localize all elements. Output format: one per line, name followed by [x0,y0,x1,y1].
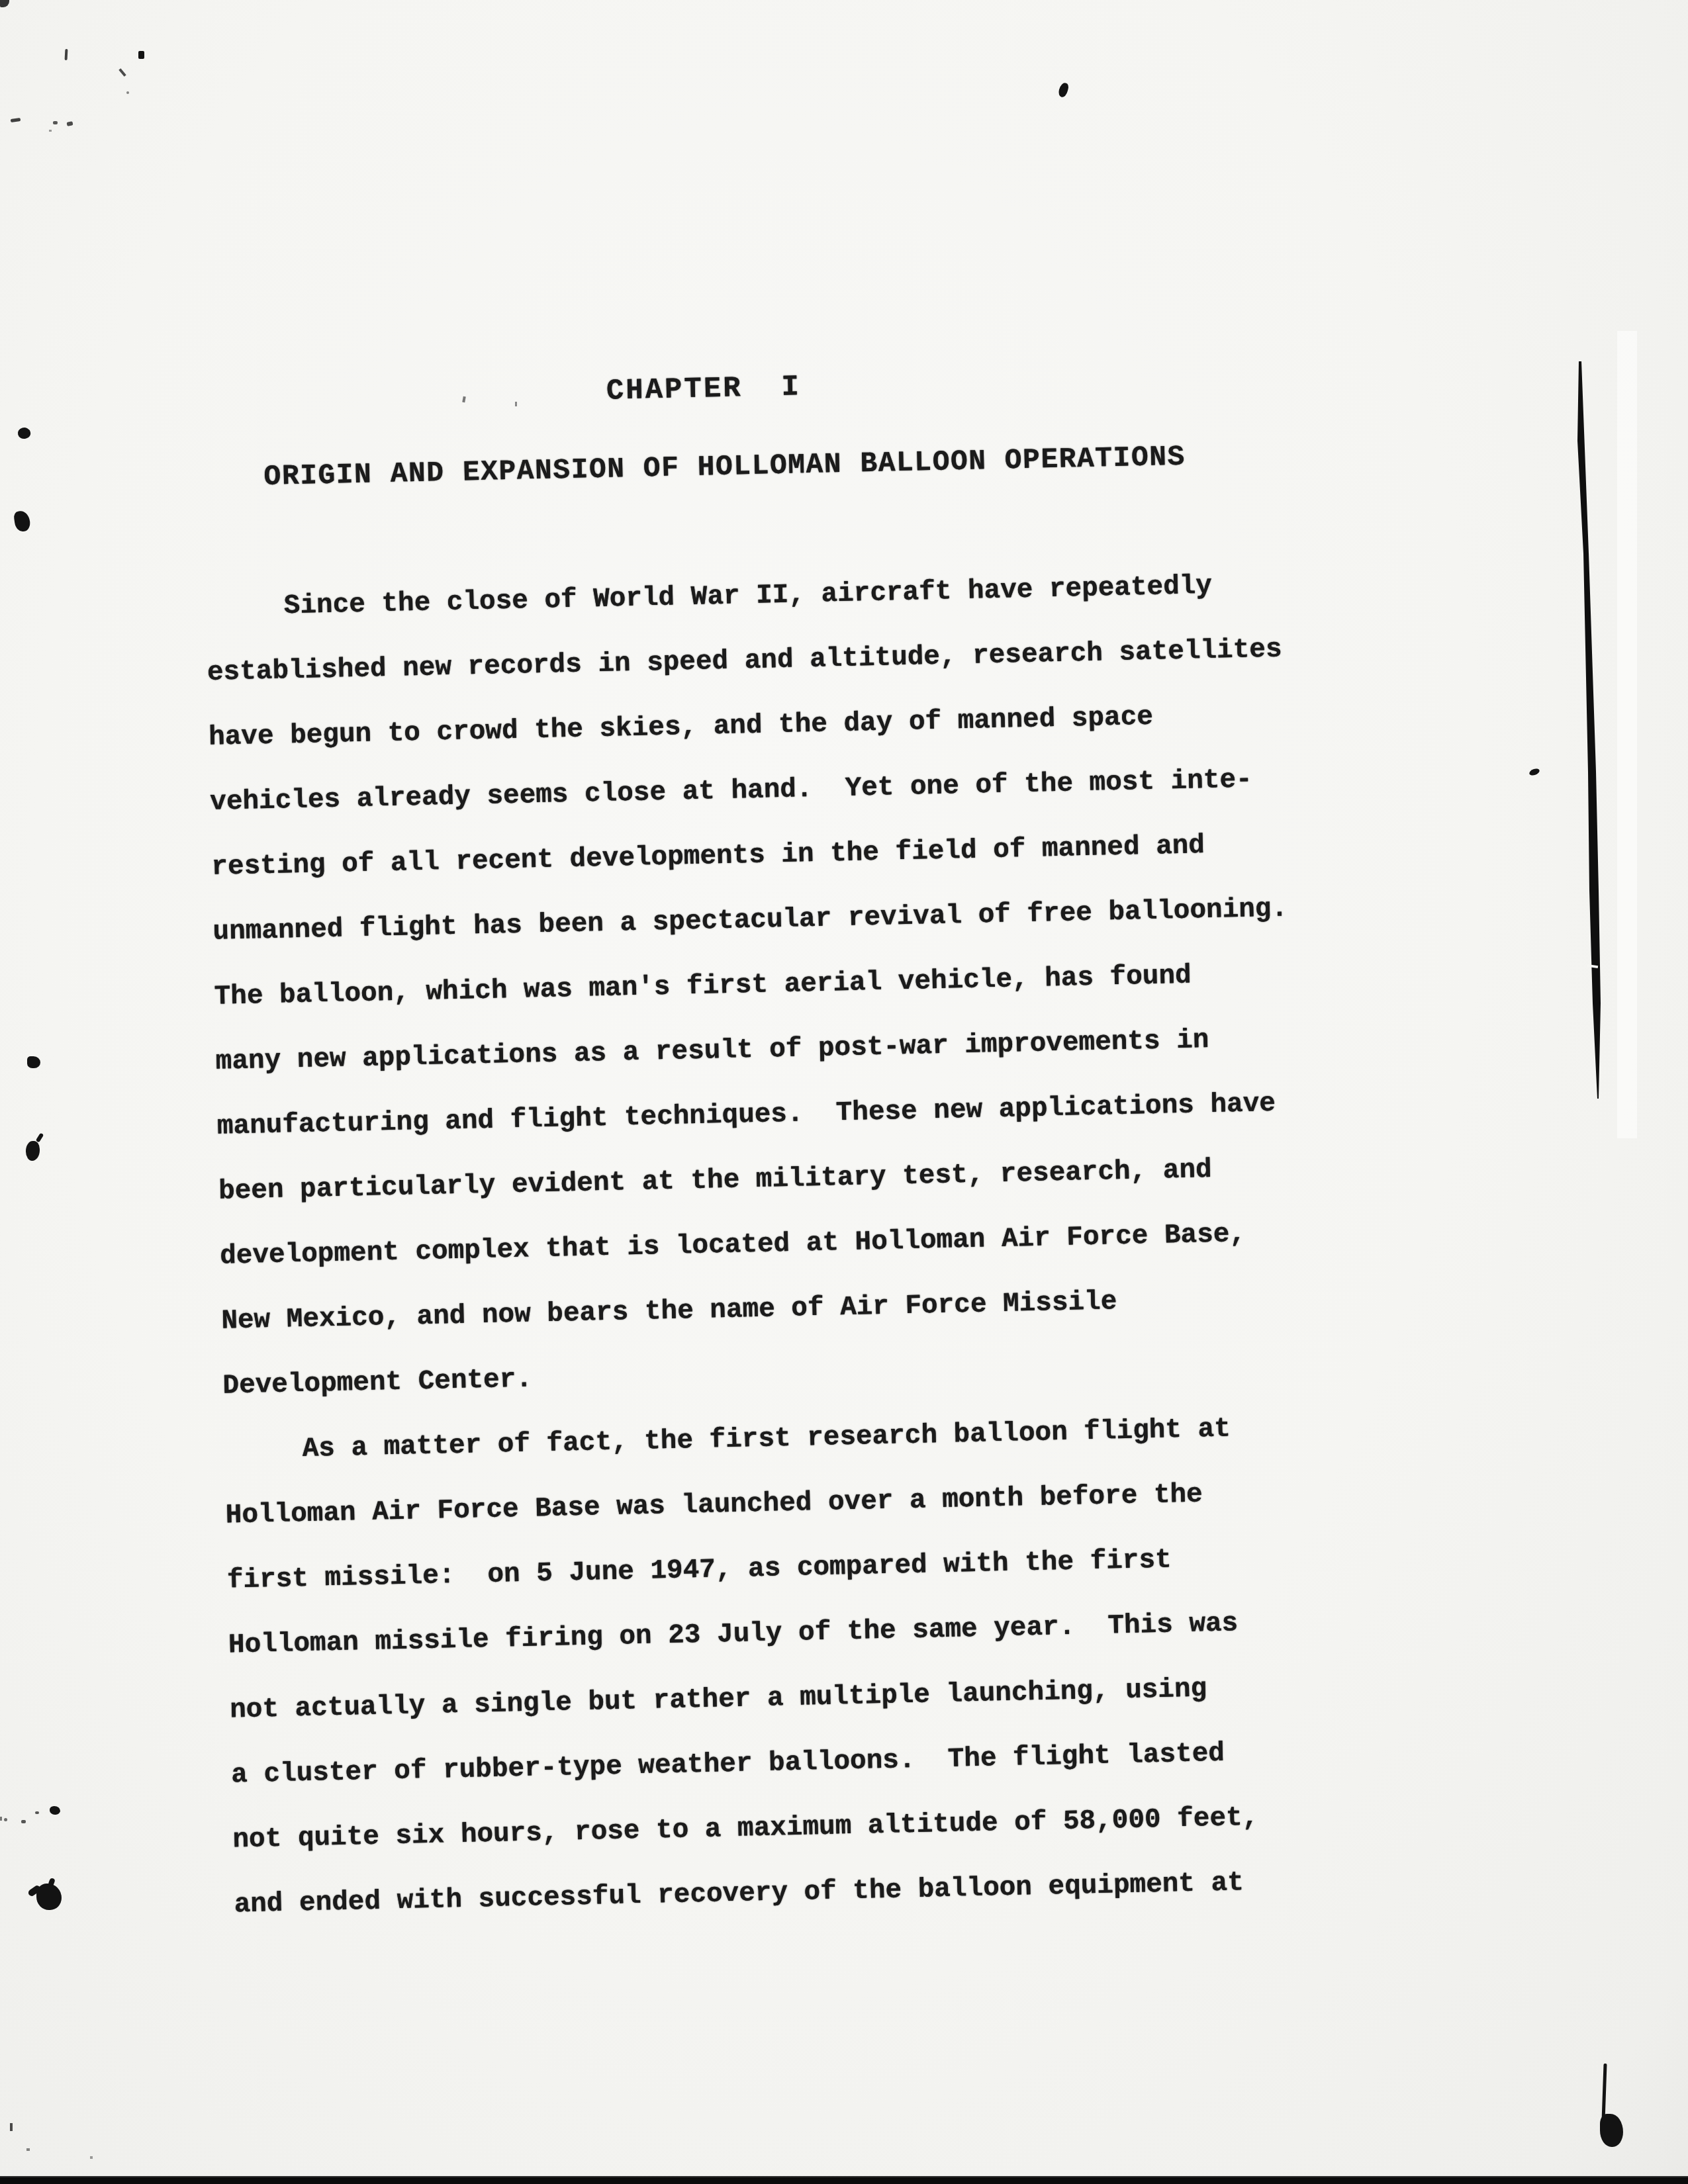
scan-speck [49,130,52,132]
paragraph-2: As a matter of fact, the first research … [224,1393,1400,1937]
scan-speck [67,121,73,126]
document-title: ORIGIN AND EXPANSION OF HOLLOMAN BALLOON… [203,421,1369,511]
scan-speck [53,121,58,124]
scan-speck [4,1818,7,1821]
scan-speck [10,2123,13,2131]
scan-blob-arm [27,1884,42,1897]
chapter-heading: CHAPTER I [201,343,1367,433]
scan-speck [26,2148,30,2151]
scan-blob [13,510,31,533]
scan-streak-gap [1587,964,1598,968]
scan-mark-apostrophe [1058,82,1070,98]
scan-speck [126,91,129,94]
scan-speck [118,68,126,77]
document-page: CHAPTER I ORIGIN AND EXPANSION OF HOLLOM… [0,0,1688,2184]
scan-blob [138,51,144,59]
scan-light-band [1617,331,1637,1138]
scan-blob-notch [48,1878,56,1887]
scan-blob-large [36,1884,62,1910]
scan-blob [27,1056,40,1068]
scan-speck [21,1820,26,1823]
scan-dash [11,118,21,122]
scan-bar-bottom [0,2176,1688,2184]
scan-speck [65,49,68,60]
scan-smudge-corner [0,0,9,7]
scan-mark-stem [1601,2064,1607,2122]
scan-blob [50,1806,60,1815]
typed-text-block: CHAPTER I ORIGIN AND EXPANSION OF HOLLOM… [201,343,1399,1938]
scan-mark-blob [1600,2114,1623,2147]
scan-blob [26,1141,40,1161]
scan-speck [0,1817,2,1821]
scan-streak-right [1576,361,1603,1116]
paragraph-1: Since the close of World War II, aircraf… [205,551,1388,1419]
scan-speck [35,1811,39,1814]
scan-blob [17,426,32,440]
scan-blob-tail [36,1132,44,1142]
scan-speck [90,2156,93,2159]
scan-dot-right [1528,768,1540,777]
